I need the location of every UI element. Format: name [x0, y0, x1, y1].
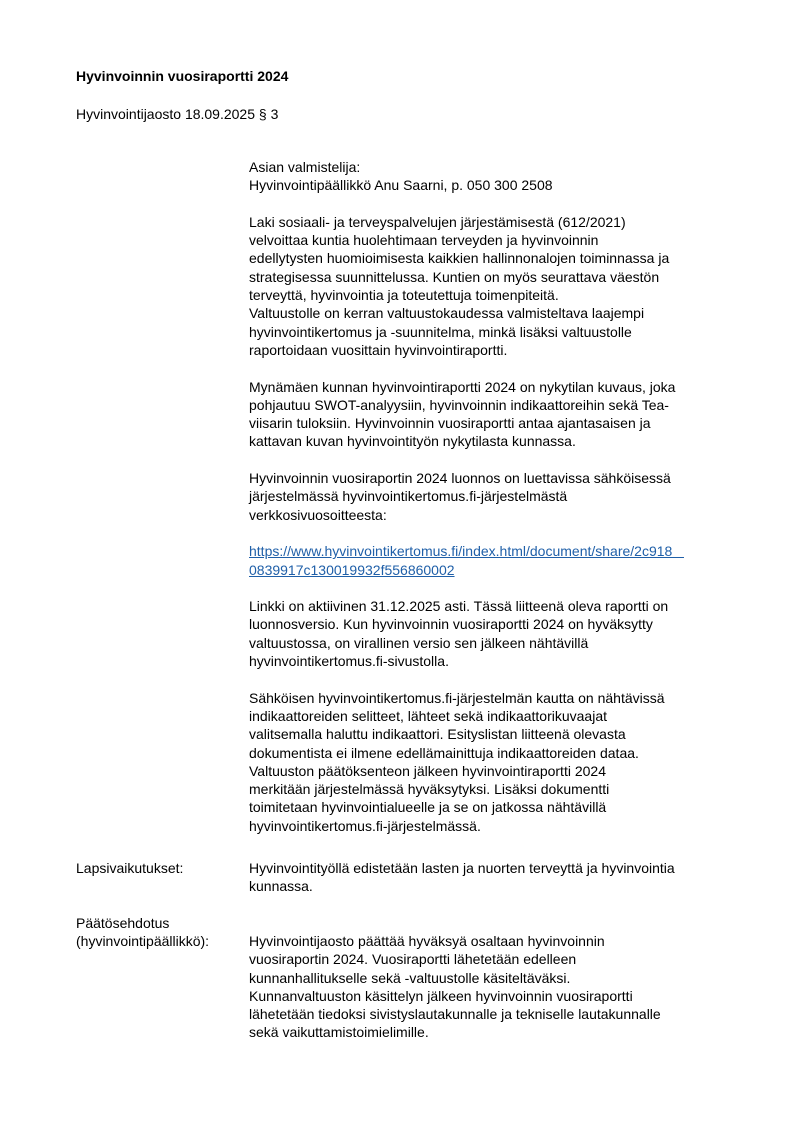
paragraph-link-validity: Linkki on aktiivinen 31.12.2025 asti. Tä…: [249, 597, 749, 670]
text-line: kattavan kuvan hyvinvointityön nykytilas…: [249, 432, 749, 450]
preparer-name: Hyvinvointipäällikkö Anu Saarni, p. 050 …: [249, 176, 749, 194]
proposal-text: Hyvinvointijaosto päättää hyväksyä osalt…: [249, 932, 749, 1042]
text-line: järjestelmässä hyvinvointikertomus.fi-jä…: [249, 487, 749, 505]
text-line: Linkki on aktiivinen 31.12.2025 asti. Tä…: [249, 597, 749, 615]
text-line: kunnassa.: [249, 877, 749, 895]
text-line: strategisessa suunnittelussa. Kuntien on…: [249, 268, 749, 286]
text-line: sekä vaikuttamistoimielimille.: [249, 1023, 749, 1041]
text-line: terveyttä, hyvinvointia ja toteutettuja …: [249, 286, 749, 304]
text-line: Hyvinvointijaosto päättää hyväksyä osalt…: [249, 932, 749, 950]
report-link-line-1[interactable]: https://www.hyvinvointikertomus.fi/index…: [249, 542, 749, 560]
text-line: kunnanhallitukselle sekä -valtuustolle k…: [249, 969, 749, 987]
text-line: valitsemalla haluttu indikaattori. Esity…: [249, 725, 749, 743]
text-line: hyvinvointikertomus.fi-sivustolla.: [249, 652, 749, 670]
child-impact-text: Hyvinvointityöllä edistetään lasten ja n…: [249, 859, 749, 896]
paragraph-report-description: Mynämäen kunnan hyvinvointiraportti 2024…: [249, 378, 749, 451]
proposal-label-line: Päätösehdotus: [76, 914, 209, 932]
text-line: merkitään järjestelmässä hyväksytyksi. L…: [249, 780, 749, 798]
text-line: Laki sosiaali- ja terveyspalvelujen järj…: [249, 213, 749, 231]
text-line: Sähköisen hyvinvointikertomus.fi-järjest…: [249, 689, 749, 707]
paragraph-draft-availability: Hyvinvoinnin vuosiraportin 2024 luonnos …: [249, 469, 749, 524]
paragraph-indicators: Sähköisen hyvinvointikertomus.fi-järjest…: [249, 689, 749, 835]
report-link-line-2[interactable]: 0839917c130019932f556860002: [249, 561, 749, 579]
text-line: valtuustossa, on virallinen versio sen j…: [249, 634, 749, 652]
document-body: Asian valmistelija: Hyvinvointipäällikkö…: [249, 158, 749, 853]
text-line: hyvinvointikertomus ja -suunnitelma, min…: [249, 323, 749, 341]
text-line: lähetetään tiedoksi sivistyslautakunnall…: [249, 1005, 749, 1023]
preparer-block: Asian valmistelija: Hyvinvointipäällikkö…: [249, 158, 749, 195]
text-line: Valtuustolle on kerran valtuustokaudessa…: [249, 304, 749, 322]
proposal-label-line: (hyvinvointipäällikkö):: [76, 932, 209, 950]
preparer-label: Asian valmistelija:: [249, 158, 749, 176]
report-link[interactable]: https://www.hyvinvointikertomus.fi/index…: [249, 542, 749, 579]
text-line: hyvinvointikertomus.fi-järjestelmässä.: [249, 817, 749, 835]
meeting-reference: Hyvinvointijaosto 18.09.2025 § 3: [76, 106, 278, 122]
text-line: Kunnanvaltuuston käsittelyn jälkeen hyvi…: [249, 987, 749, 1005]
child-impact-label: Lapsivaikutukset:: [76, 859, 183, 877]
text-line: raportoidaan vuosittain hyvinvointirapor…: [249, 341, 749, 359]
text-line: verkkosivuosoitteesta:: [249, 506, 749, 524]
text-line: Valtuuston päätöksenteon jälkeen hyvinvo…: [249, 762, 749, 780]
text-line: pohjautuu SWOT-analyysiin, hyvinvoinnin …: [249, 396, 749, 414]
paragraph-law: Laki sosiaali- ja terveyspalvelujen järj…: [249, 213, 749, 359]
proposal-label: Päätösehdotus (hyvinvointipäällikkö):: [76, 914, 209, 951]
text-line: luonnosversio. Kun hyvinvoinnin vuosirap…: [249, 615, 749, 633]
text-line: Mynämäen kunnan hyvinvointiraportti 2024…: [249, 378, 749, 396]
text-line: Hyvinvointityöllä edistetään lasten ja n…: [249, 859, 749, 877]
text-line: dokumentista ei ilmene edellämainittuja …: [249, 744, 749, 762]
document-title: Hyvinvoinnin vuosiraportti 2024: [76, 68, 288, 84]
text-line: viisarin tuloksiin. Hyvinvoinnin vuosira…: [249, 414, 749, 432]
text-line: velvoittaa kuntia huolehtimaan terveyden…: [249, 231, 749, 249]
text-line: vuosiraportin 2024. Vuosiraportti lähete…: [249, 950, 749, 968]
text-line: Hyvinvoinnin vuosiraportin 2024 luonnos …: [249, 469, 749, 487]
text-line: toimitetaan hyvinvointialueelle ja se on…: [249, 798, 749, 816]
text-line: edellytysten huomioimisesta kaikkien hal…: [249, 249, 749, 267]
text-line: indikaattoreiden selitteet, lähteet sekä…: [249, 707, 749, 725]
